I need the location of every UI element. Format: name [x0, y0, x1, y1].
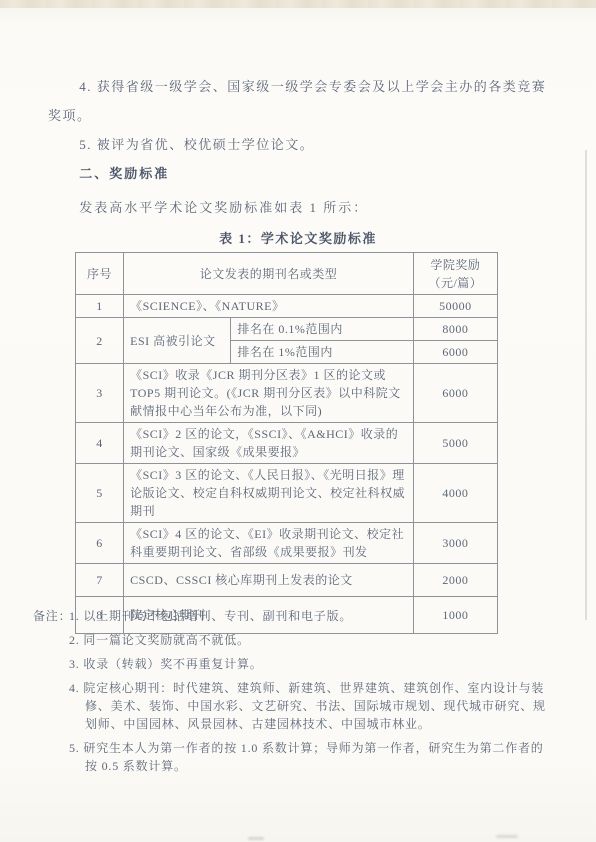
- table-header-row: 序号 论文发表的期刊名或类型 学院奖励 （元/篇）: [76, 253, 498, 295]
- list-item-5: 5. 被评为省优、校优硕士学位论文。: [48, 130, 556, 159]
- table-row-4: 4 《SCI》2 区的论文，《SSCI》、《A&HCI》收录的期刊论文、国家级《…: [76, 423, 498, 464]
- cell-award: 5000: [413, 423, 497, 464]
- note-item-2: 2. 同一篇论文奖励就高不就低。: [69, 628, 556, 652]
- cell-no: 1: [76, 295, 124, 318]
- scan-smudge: [496, 835, 518, 838]
- table-row-6: 6 《SCI》4 区的论文、《EI》收录期刊论文、校定社科重要期刊论文、省部级《…: [76, 523, 498, 564]
- scan-smudge: [248, 837, 264, 840]
- table-row-7: 7 CSCD、CSSCI 核心库期刊上发表的论文 2000: [76, 564, 498, 597]
- cell-type: CSCD、CSSCI 核心库期刊上发表的论文: [124, 564, 414, 597]
- reward-table: 序号 论文发表的期刊名或类型 学院奖励 （元/篇） 1 《SCIENCE》、《N…: [75, 252, 498, 634]
- table-row-5: 5 《SCI》3 区的论文、《人民日报》、《光明日报》理论版论文、校定自科权威期…: [76, 464, 498, 523]
- table-row-1: 1 《SCIENCE》、《NATURE》 50000: [76, 295, 498, 318]
- table-intro-text: 发表高水平学术论文奖励标准如表 1 所示：: [48, 193, 556, 222]
- cell-no: 2: [76, 318, 124, 364]
- note-item-4: 4. 院定核心期刊：时代建筑、建筑师、新建筑、世界建筑、建筑创作、室内设计与装修…: [69, 676, 556, 736]
- cell-no: 3: [76, 364, 124, 423]
- cell-no: 6: [76, 523, 124, 564]
- cell-award: 6000: [413, 364, 497, 423]
- scan-edge-artifact-top: [0, 0, 596, 8]
- header-cell-no: 序号: [76, 253, 124, 295]
- header-cell-type: 论文发表的期刊名或类型: [124, 253, 414, 295]
- section-heading: 二、奖励标准: [48, 159, 556, 188]
- cell-award: 50000: [413, 295, 497, 318]
- cell-no: 4: [76, 423, 124, 464]
- header-award-line1: 学院奖励: [420, 256, 491, 274]
- cell-award: 2000: [413, 564, 497, 597]
- table-row-2a: 2 ESI 高被引论文 排名在 0.1%范围内 8000: [76, 318, 498, 341]
- document-body: 4. 获得省级一级学会、国家级一级学会专委会及以上学会主办的各类竞赛奖项。 5.…: [48, 72, 556, 222]
- cell-award: 6000: [413, 341, 497, 364]
- cell-condition: 排名在 1%范围内: [231, 341, 413, 364]
- cell-type: 《SCI》3 区的论文、《人民日报》、《光明日报》理论版论文、校定自科权威期刊论…: [124, 464, 414, 523]
- note-item-3: 3. 收录（转载）奖不再重复计算。: [69, 652, 556, 676]
- note-item-1: 1. 以上期刊均不包括增刊、专刊、副刊和电子版。: [69, 604, 556, 628]
- header-award-line2: （元/篇）: [420, 274, 491, 292]
- list-item-4: 4. 获得省级一级学会、国家级一级学会专委会及以上学会主办的各类竞赛奖项。: [48, 72, 556, 130]
- cell-award: 8000: [413, 318, 497, 341]
- cell-type: 《SCIENCE》、《NATURE》: [124, 295, 414, 318]
- cell-no: 5: [76, 464, 124, 523]
- table-row-3: 3 《SCI》收录《JCR 期刊分区表》1 区的论文或 TOP5 期刊论文。(《…: [76, 364, 498, 423]
- cell-type: ESI 高被引论文: [124, 318, 231, 364]
- note-item-5: 5. 研究生本人为第一作者的按 1.0 系数计算；导师为第一作者，研究生为第二作…: [69, 736, 556, 778]
- cell-award: 4000: [413, 464, 497, 523]
- notes-list: 1. 以上期刊均不包括增刊、专刊、副刊和电子版。 2. 同一篇论文奖励就高不就低…: [69, 604, 556, 778]
- cell-type: 《SCI》收录《JCR 期刊分区表》1 区的论文或 TOP5 期刊论文。(《JC…: [124, 364, 414, 423]
- cell-award: 3000: [413, 523, 497, 564]
- cell-condition: 排名在 0.1%范围内: [231, 318, 413, 341]
- scan-edge-artifact-right: [585, 150, 587, 620]
- notes-section: 备注： 1. 以上期刊均不包括增刊、专刊、副刊和电子版。 2. 同一篇论文奖励就…: [33, 604, 556, 778]
- cell-type: 《SCI》2 区的论文，《SSCI》、《A&HCI》收录的期刊论文、国家级《成果…: [124, 423, 414, 464]
- header-cell-award: 学院奖励 （元/篇）: [413, 253, 497, 295]
- cell-type: 《SCI》4 区的论文、《EI》收录期刊论文、校定社科重要期刊论文、省部级《成果…: [124, 523, 414, 564]
- table-title: 表 1：学术论文奖励标准: [0, 228, 596, 247]
- cell-no: 7: [76, 564, 124, 597]
- scanned-page: 4. 获得省级一级学会、国家级一级学会专委会及以上学会主办的各类竞赛奖项。 5.…: [0, 0, 596, 842]
- notes-label: 备注：: [33, 607, 71, 625]
